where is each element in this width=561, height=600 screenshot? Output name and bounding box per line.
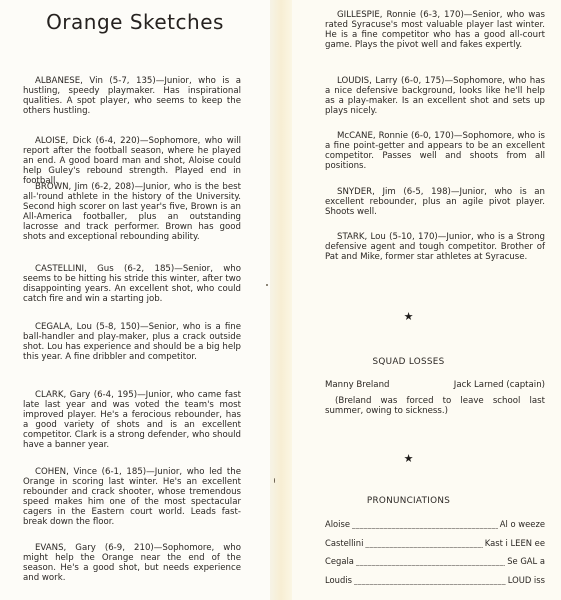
pronunciation-row: Castellini Kast i LEEN ee (325, 538, 545, 548)
pronunciation-value: Al o weeze (500, 519, 545, 529)
pronunciations-heading: PRONUNCIATIONS (274, 496, 543, 506)
player-sketch-stark: STARK, Lou (5-10, 170)—Junior, who is a … (325, 232, 545, 262)
paper-speck (266, 284, 268, 286)
player-sketch-brown: BROWN, Jim (6-2, 208)—Junior, who is the… (23, 182, 241, 243)
page-gutter (270, 0, 292, 600)
leader-dots (352, 519, 498, 529)
leader-dots (354, 575, 506, 585)
player-sketch-cohen: COHEN, Vince (6-1, 185)—Junior, who led … (23, 467, 241, 528)
pronunciation-name: Aloise (325, 519, 350, 529)
player-sketch-evans: EVANS, Gary (6-9, 210)—Sophomore, who mi… (23, 543, 241, 583)
star-divider-icon: ★ (274, 310, 543, 323)
pronunciation-row: Cegala Se GAL a (325, 556, 545, 566)
pronunciation-row: Loudis LOUD iss (325, 575, 545, 585)
leader-dots (356, 556, 505, 566)
pronunciation-name: Loudis (325, 575, 352, 585)
squad-losses-players: Manny Breland Jack Larned (captain) (325, 380, 545, 390)
booklet-spread: Orange Sketches ALBANESE, Vin (5-7, 135)… (0, 0, 561, 600)
player-sketch-castellini: CASTELLINI, Gus (6-2, 185)—Senior, who s… (23, 264, 241, 304)
player-sketch-mccane: McCANE, Ronnie (6-0, 170)—Sophomore, who… (325, 131, 545, 171)
player-sketch-gillespie: GILLESPIE, Ronnie (6-3, 170)—Senior, who… (325, 10, 545, 50)
player-sketch-clark: CLARK, Gary (6-4, 195)—Junior, who came … (23, 390, 241, 451)
lost-player: Jack Larned (captain) (454, 380, 545, 390)
player-sketch-loudis: LOUDIS, Larry (6-0, 175)—Sophomore, who … (325, 76, 545, 116)
pronunciation-name: Cegala (325, 556, 354, 566)
player-sketch-cegala: CEGALA, Lou (5-8, 150)—Senior, who is a … (23, 322, 241, 362)
pronunciation-row: Aloise Al o weeze (325, 519, 545, 529)
pronunciation-value: Kast i LEEN ee (485, 538, 545, 548)
lost-player: Manny Breland (325, 380, 389, 390)
player-sketch-albanese: ALBANESE, Vin (5-7, 135)—Junior, who is … (23, 76, 241, 116)
page-title: Orange Sketches (0, 10, 270, 34)
squad-losses-note: (Breland was forced to leave school last… (325, 396, 545, 416)
star-divider-icon: ★ (274, 452, 543, 465)
paper-speck (274, 478, 275, 483)
player-sketch-snyder: SNYDER, Jim (6-5, 198)—Junior, who is an… (325, 187, 545, 217)
pronunciation-name: Castellini (325, 538, 363, 548)
squad-losses-heading: SQUAD LOSSES (274, 357, 543, 367)
pronunciation-value: Se GAL a (507, 556, 545, 566)
leader-dots (365, 538, 482, 548)
pronunciation-value: LOUD iss (508, 575, 545, 585)
player-sketch-aloise: ALOISE, Dick (6-4, 220)—Sophomore, who w… (23, 136, 241, 186)
left-page: Orange Sketches ALBANESE, Vin (5-7, 135)… (0, 0, 270, 600)
right-page: GILLESPIE, Ronnie (6-3, 170)—Senior, who… (292, 0, 561, 600)
